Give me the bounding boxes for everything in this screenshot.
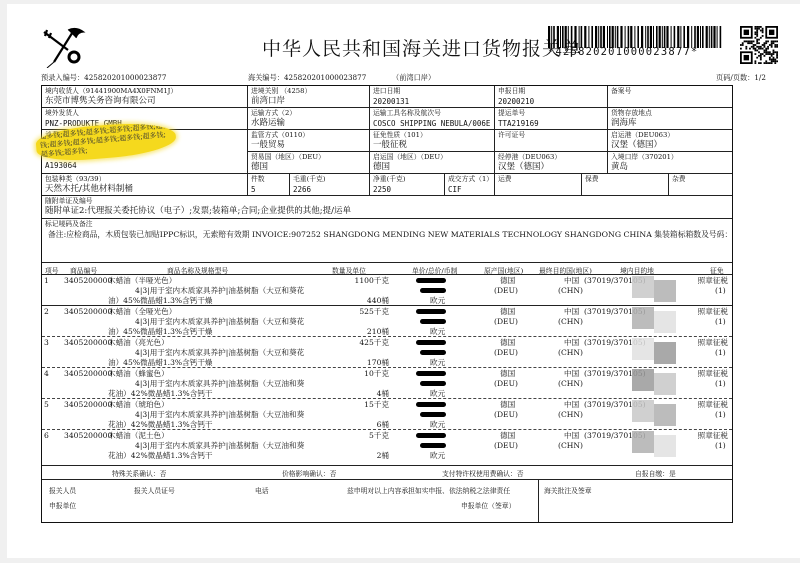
pre-entry-number: 预录入编号：425820201000023877 [41, 73, 166, 83]
item-origin-code: (DEU) [494, 317, 518, 327]
field-origin-country: 启运国（地区）（DEU） 德国 [370, 152, 495, 174]
item-tax-code: (1) [715, 379, 726, 389]
item-dest-code: (CHN) [558, 441, 583, 451]
item-no: 3 [44, 338, 49, 348]
item-currency: 欧元 [430, 451, 445, 461]
item-code: 3405200000 [64, 338, 112, 348]
redacted-price [420, 350, 446, 355]
item-origin: 德国 [500, 338, 515, 348]
goods-table: 项号 商品编号 商品名称及规格型号 数量及单位 单价/总价/币制 原产国(地区)… [42, 263, 732, 464]
field-bill-no: 提运单号 TTA219169 [495, 108, 608, 130]
redacted-price [420, 443, 446, 448]
item-dest: 中国 [564, 338, 579, 348]
pixelated-mosaic [654, 435, 676, 457]
pixelated-mosaic [654, 404, 676, 426]
barcode-icon [548, 26, 723, 48]
pixelated-mosaic [632, 431, 654, 453]
item-spec: 花油）42%微晶蜡1.3%含钙干 [108, 451, 213, 461]
item-spec: 4|3|用于室内木质家具养护|油基树脂（大豆油和葵 [135, 410, 304, 420]
item-name: 木蜡油（泥土色） [108, 431, 169, 441]
item-origin-code: (DEU) [494, 410, 518, 420]
field-gross-weight: 毛重(千克) 2266 [290, 174, 370, 196]
item-quantity: 2桶 [377, 451, 389, 461]
item-dest: 中国 [564, 307, 579, 317]
customs-emblem-icon [38, 24, 88, 68]
item-origin-code: (DEU) [494, 348, 518, 358]
field-tax-nature: 征免性质（101） 一般征税 [370, 130, 495, 152]
item-name: 木蜡油（琥珀色） [108, 400, 169, 410]
pixelated-mosaic [632, 400, 654, 422]
item-spec: 4|3|用于室内木质家具养护|油基树脂（大豆油和葵 [135, 379, 304, 389]
item-tax-code: (1) [715, 410, 726, 420]
redacted-price [420, 412, 446, 417]
field-import-date: 进口日期 20200131 [370, 86, 495, 108]
item-code: 3405200000 [64, 369, 112, 379]
field-declare-date: 申报日期 20200210 [495, 86, 608, 108]
field-freight: 运费 [495, 174, 582, 196]
field-license-no: 许可证号 [495, 130, 608, 152]
item-name: 木蜡油（全哑光色） [108, 307, 176, 317]
item-tax: 照章征税 [698, 338, 728, 348]
declaring-unit-label: 申报单位 [49, 500, 76, 510]
item-quantity: 5千克 [369, 431, 389, 441]
redacted-price [420, 319, 446, 324]
barcode-text: *425820201000023877* [548, 46, 728, 58]
price-influence-confirm: 价格影响确认：否 [282, 468, 336, 478]
item-tax: 照章征税 [698, 307, 728, 317]
item-quantity: 1100千克 [354, 276, 389, 286]
declarant-id-label: 报关人员证号 [134, 485, 175, 495]
item-tax: 照章征税 [698, 431, 728, 441]
item-dest-code: (CHN) [558, 348, 583, 358]
redacted-price [420, 288, 446, 293]
item-tax-code: (1) [715, 441, 726, 451]
phone-label: 电话 [255, 485, 269, 495]
pixelated-mosaic [654, 311, 676, 333]
field-record-no: 备案号 [608, 86, 732, 108]
item-dest-code: (CHN) [558, 286, 583, 296]
item-no: 6 [44, 431, 49, 441]
field-insurance: 保费 [582, 174, 669, 196]
item-dest-code: (CHN) [558, 410, 583, 420]
item-code: 3405200000 [64, 276, 112, 286]
item-no: 1 [44, 276, 49, 286]
pixelated-mosaic [632, 276, 654, 298]
item-tax: 照章征税 [698, 276, 728, 286]
item-no: 2 [44, 307, 49, 317]
qr-code-icon [740, 26, 778, 64]
customs-number: 海关编号：425820201000023877 [248, 73, 366, 83]
field-departure-port: 启运港（DEU063） 汉堡（德国） [608, 130, 732, 152]
table-row: 13405200000木蜡油（半哑光色）4|3|用于室内木质家具养护|油基树脂（… [42, 276, 732, 305]
pixelated-mosaic [632, 307, 654, 329]
field-trade-country: 贸易国（地区）（DEU） 德国 [248, 152, 370, 174]
item-no: 5 [44, 400, 49, 410]
field-consignee: 境内收货人（91441900MA4X0FNM1J） 东莞市博隽关务咨询有限公司 [42, 86, 248, 108]
declarant-label: 报关人员 [49, 485, 76, 495]
customs-remarks-label: 海关批注及签章 [544, 485, 592, 495]
self-report-confirm: 自报自缴：是 [635, 468, 676, 478]
item-tax-code: (1) [715, 348, 726, 358]
field-entry-customs: 进境关别 （4258） 前湾口岸 [248, 86, 370, 108]
pixelated-mosaic [632, 369, 654, 391]
item-origin: 德国 [500, 369, 515, 379]
item-origin: 德国 [500, 400, 515, 410]
item-code: 3405200000 [64, 431, 112, 441]
item-code: 3405200000 [64, 307, 112, 317]
item-origin-code: (DEU) [494, 286, 518, 296]
pixelated-mosaic [654, 342, 676, 364]
item-spec: 4|3|用于室内木质家具养护|油基树脂（大豆油和葵 [135, 441, 304, 451]
item-name: 木蜡油（半哑光色） [108, 276, 176, 286]
item-dest: 中国 [564, 431, 579, 441]
redacted-price [416, 433, 446, 438]
item-origin-code: (DEU) [494, 441, 518, 451]
pixelated-mosaic [654, 373, 676, 395]
redacted-price [416, 371, 446, 376]
port-note: （前湾口岸） [392, 73, 435, 83]
pixelated-mosaic [654, 280, 676, 302]
table-row: 43405200000木蜡油（蜂蜜色）4|3|用于室内木质家具养护|油基树脂（大… [42, 369, 732, 398]
royalty-confirm: 支付特许权使用费确认：否 [442, 468, 524, 478]
item-tax: 照章征税 [698, 369, 728, 379]
field-misc-fee: 杂费 [669, 174, 732, 196]
field-storage-place: 货物存放地点 润海库 [608, 108, 732, 130]
field-supervision: 监管方式（0110） 一般贸易 [248, 130, 370, 152]
field-package-type: 包装种类（93/39） 天然木托/其他材料制桶 [42, 174, 248, 196]
field-transit-port: 经停港（DEU063） 汉堡（德国） [495, 152, 608, 174]
field-transport-mode: 运输方式（2） 水路运输 [248, 108, 370, 130]
item-origin: 德国 [500, 276, 515, 286]
redacted-price [416, 278, 446, 283]
item-origin: 德国 [500, 307, 515, 317]
item-dest: 中国 [564, 400, 579, 410]
item-tax-code: (1) [715, 286, 726, 296]
item-name: 木蜡油（蜂蜜色） [108, 369, 169, 379]
item-quantity: 425千克 [359, 338, 389, 348]
item-dest: 中国 [564, 369, 579, 379]
item-code: 3405200000 [64, 400, 112, 410]
item-no: 4 [44, 369, 49, 379]
page-title: 中华人民共和国海关进口货物报关单 [262, 34, 582, 61]
item-spec: 4|3|用于室内木质家具养护|油基树脂（大豆和葵花 [135, 317, 304, 327]
item-tax: 照章征税 [698, 400, 728, 410]
field-deal-mode: 成交方式（1） CIF [445, 174, 495, 196]
declaring-unit-seal: 申报单位（签章） [461, 500, 515, 510]
item-name: 木蜡油（亮光色） [108, 338, 169, 348]
item-origin: 德国 [500, 431, 515, 441]
field-entry-port: 入境口岸（370201） 黄岛 [608, 152, 732, 174]
field-transport-name: 运输工具名称及航次号 COSCO SHIPPING NEBULA/006E [370, 108, 495, 130]
table-row: 53405200000木蜡油（琥珀色）4|3|用于室内木质家具养护|油基树脂（大… [42, 400, 732, 429]
special-relation-confirm: 特殊关系确认：否 [112, 468, 166, 478]
item-dest-code: (CHN) [558, 379, 583, 389]
page-info: 页码/页数：1/2 [716, 73, 766, 83]
item-origin-code: (DEU) [494, 379, 518, 389]
item-quantity: 15千克 [364, 400, 389, 410]
field-net-weight: 净重(千克) 2250 [370, 174, 445, 196]
redacted-price [416, 340, 446, 345]
field-marks-remarks: 标记唛码及备注 备注:应检商品，木质包装已加贴IPPC标识，无索赔有效期 INV… [42, 219, 732, 263]
item-spec: 4|3|用于室内木质家具养护|油基树脂（大豆和葵花 [135, 348, 304, 358]
item-dest: 中国 [564, 276, 579, 286]
table-row: 63405200000木蜡油（泥土色）4|3|用于室内木质家具养护|油基树脂（大… [42, 431, 732, 460]
field-attached-docs: 随附单证及编号 随附单证2:代理报关委托协议（电子）;发票;装箱单;合同;企业提… [42, 196, 732, 219]
legal-statement: 兹申明对以上内容承担如实申报、依法纳税之法律责任 [347, 485, 510, 495]
item-dest-code: (CHN) [558, 317, 583, 327]
pixelated-mosaic [632, 338, 654, 360]
table-row: 33405200000木蜡油（亮光色）4|3|用于室内木质家具养护|油基树脂（大… [42, 338, 732, 367]
field-pieces: 件数 5 [248, 174, 290, 196]
item-quantity: 10千克 [364, 369, 389, 379]
redacted-price [420, 381, 446, 386]
table-row: 23405200000木蜡油（全哑光色）4|3|用于室内木质家具养护|油基树脂（… [42, 307, 732, 336]
item-spec: 4|3|用于室内木质家具养护|油基树脂（大豆和葵花 [135, 286, 304, 296]
redacted-price [416, 309, 446, 314]
item-tax-code: (1) [715, 317, 726, 327]
item-quantity: 525千克 [359, 307, 389, 317]
redacted-price [416, 402, 446, 407]
